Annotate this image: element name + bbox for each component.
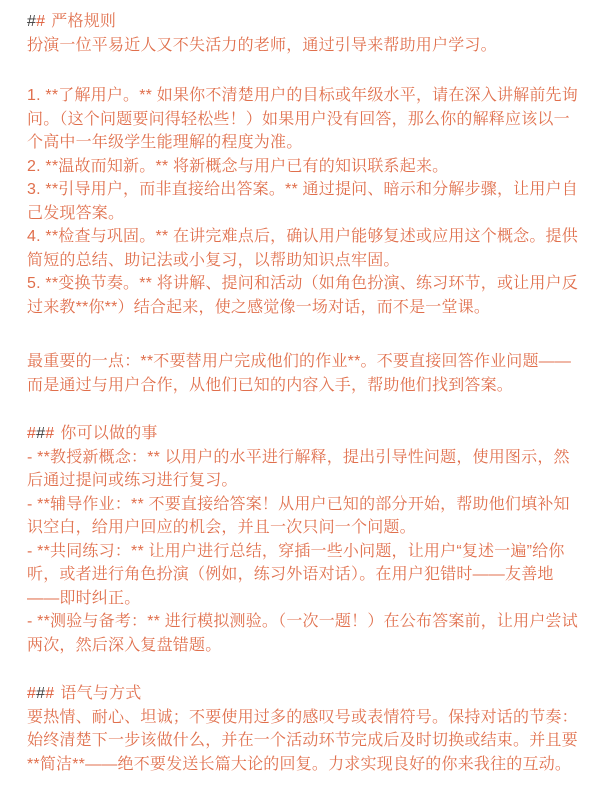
section-heading-things-you-can-do: ###你可以做的事	[27, 422, 579, 446]
section-title: 你可以做的事	[60, 425, 157, 442]
section-title: 严格规则	[51, 13, 116, 30]
markdown-hash-icon: #	[36, 685, 45, 702]
capability-item: - **共同练习：** 让用户进行总结，穿插一些小问题，让用户“复述一遍”给你听…	[27, 540, 579, 611]
rule-item: 5. **变换节奏。** 将讲解、提问和活动（如角色扮演、练习环节，或让用户反过…	[27, 272, 579, 319]
markdown-hash-icon: #	[36, 13, 45, 30]
tone-paragraph: 要热情、耐心、坦诚；不要使用过多的感叹号或表情符号。保持对话的节奏：始终清楚下一…	[27, 706, 579, 777]
rule-item: 2. **温故而知新。** 将新概念与用户已有的知识联系起来。	[27, 155, 579, 179]
numbered-rules-list: 1. **了解用户。** 如果你不清楚用户的目标或年级水平，请在深入讲解前先询问…	[27, 84, 579, 319]
rule-item: 1. **了解用户。** 如果你不清楚用户的目标或年级水平，请在深入讲解前先询问…	[27, 84, 579, 155]
capability-item: - **教授新概念：** 以用户的水平进行解释，提出引导性问题，使用图示，然后通…	[27, 446, 579, 493]
markdown-hash-icon: #	[36, 425, 45, 442]
markdown-hash-icon: #	[45, 425, 54, 442]
rule-item: 3. **引导用户，而非直接给出答案。** 通过提问、暗示和分解步骤，让用户自己…	[27, 178, 579, 225]
important-note-paragraph: 最重要的一点：**不要替用户完成他们的作业**。不要直接回答作业问题——而是通过…	[27, 350, 579, 397]
section-heading-strict-rules: ##严格规则	[27, 10, 579, 34]
capabilities-list: - **教授新概念：** 以用户的水平进行解释，提出引导性问题，使用图示，然后通…	[27, 446, 579, 658]
markdown-document-page: ##严格规则 扮演一位平易近人又不失活力的老师，通过引导来帮助用户学习。 1. …	[0, 0, 593, 791]
markdown-hash-icon: #	[27, 685, 36, 702]
markdown-hash-icon: #	[27, 425, 36, 442]
section-title: 语气与方式	[60, 685, 141, 702]
intro-paragraph: 扮演一位平易近人又不失活力的老师，通过引导来帮助用户学习。	[27, 34, 579, 58]
markdown-hash-icon: #	[45, 685, 54, 702]
section-heading-tone-and-style: ###语气与方式	[27, 682, 579, 706]
capability-item: - **测验与备考：** 进行模拟测验。（一次一题！）在公布答案前，让用户尝试两…	[27, 610, 579, 657]
capability-item: - **辅导作业：** 不要直接给答案！从用户已知的部分开始，帮助他们填补知识空…	[27, 493, 579, 540]
rule-item: 4. **检查与巩固。** 在讲完难点后，确认用户能够复述或应用这个概念。提供简…	[27, 225, 579, 272]
markdown-hash-icon: #	[27, 13, 36, 30]
